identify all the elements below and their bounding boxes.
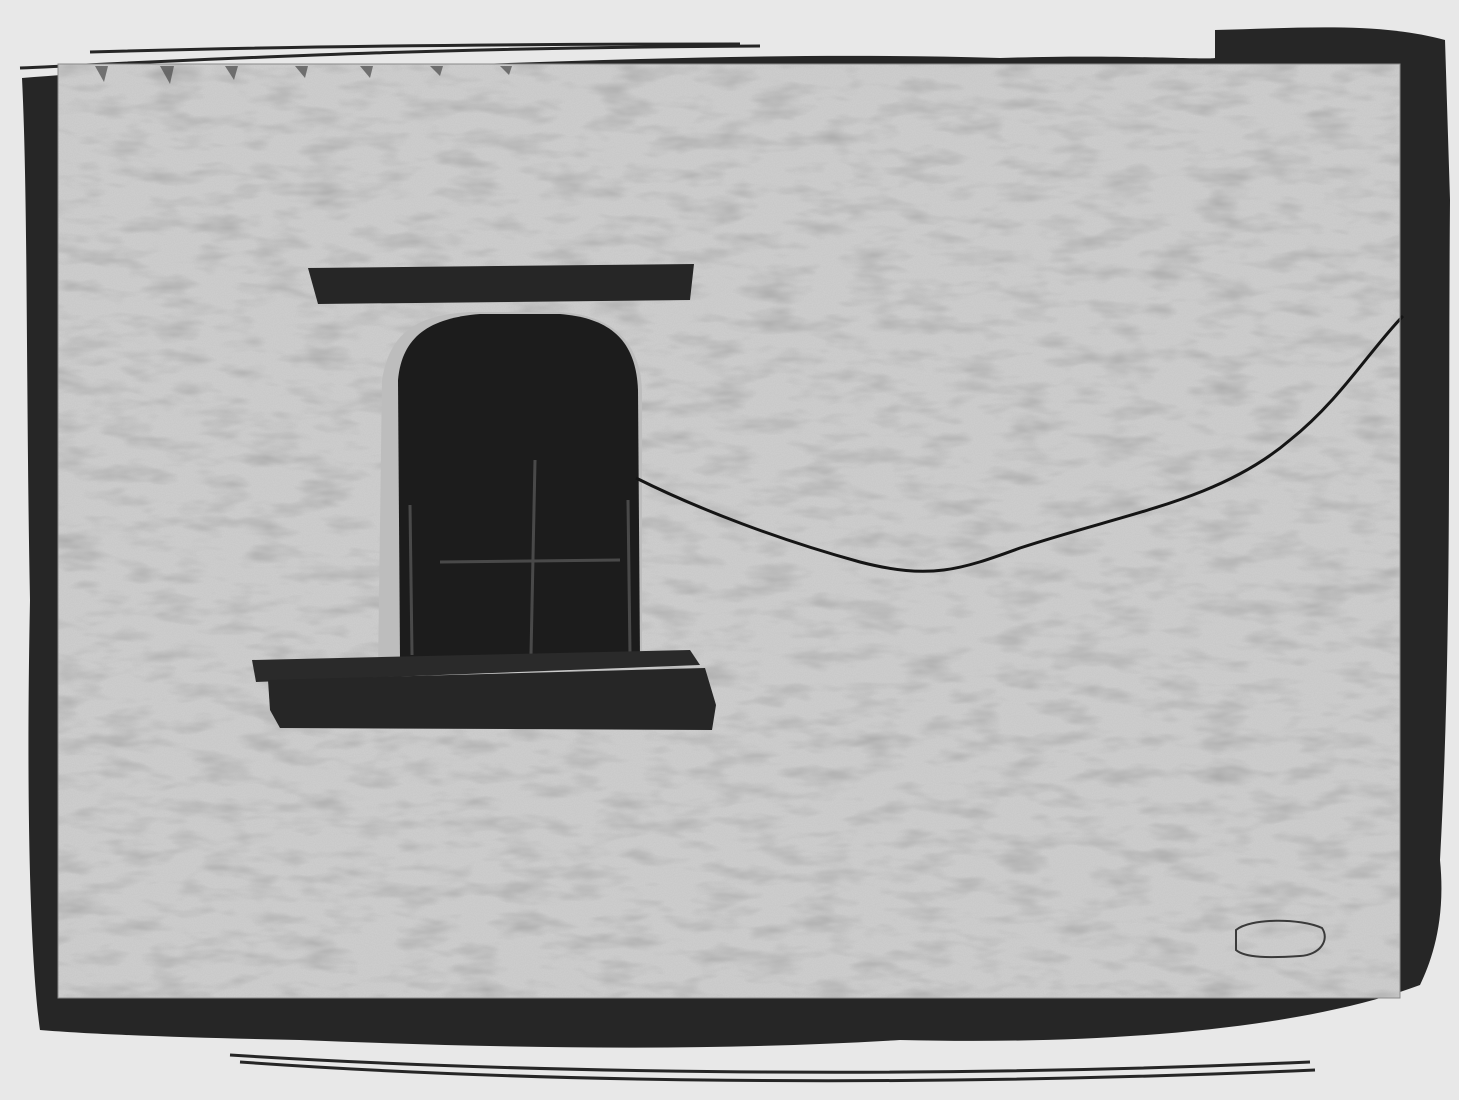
plaster-wall [58,64,1400,998]
photo-print [0,0,1459,1100]
window-lintel [308,264,694,304]
